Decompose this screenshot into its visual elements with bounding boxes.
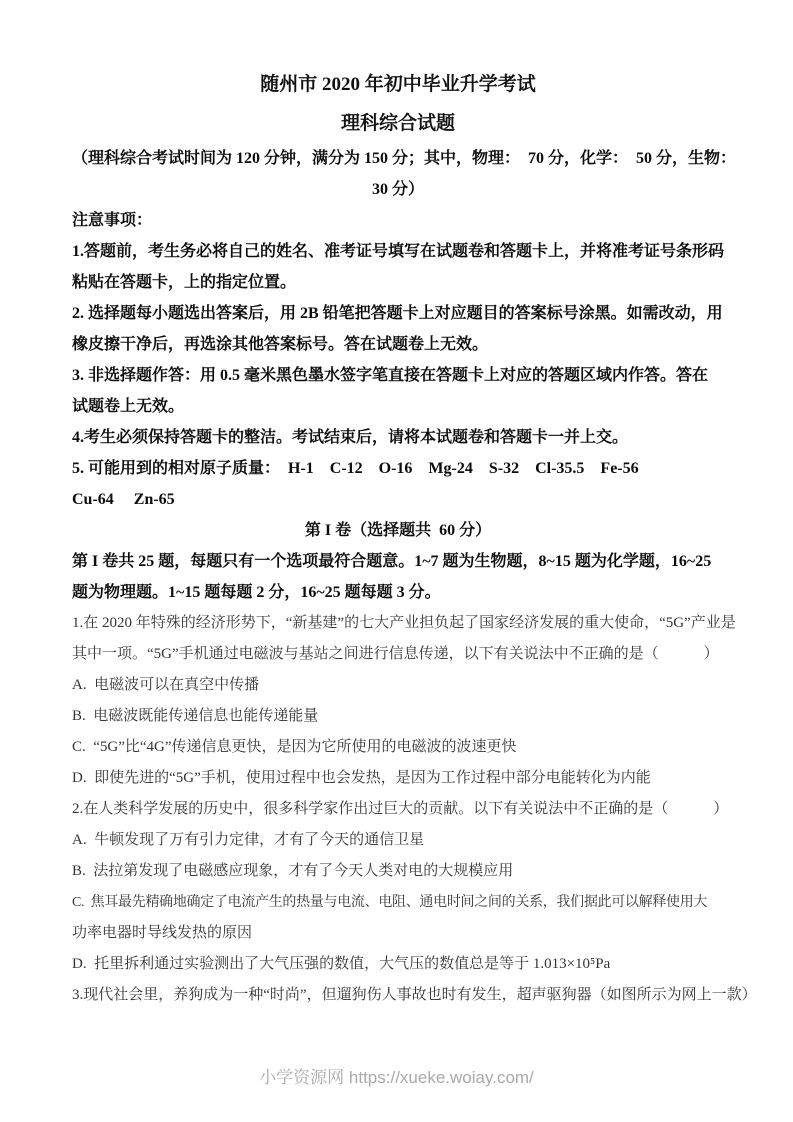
section-1-intro-line-1: 第 I 卷共 25 题，每题只有一个选项最符合题意。1~7 题为生物题，8~15…: [72, 546, 724, 577]
notice-2-line-1: 2. 选择题每小题选出答案后，用 2B 铅笔把答题卡上对应题目的答案标号涂黑。如…: [72, 298, 724, 329]
notice-3-line-2: 试题卷上无效。: [72, 391, 724, 422]
page-subtitle: 理科综合试题: [72, 107, 724, 141]
question-1-line-2: 其中一项。“5G”手机通过电磁波与基站之间进行信息传递，以下有关说法中不正确的是…: [72, 639, 724, 670]
notice-1-line-1: 1.答题前，考生务必将自己的姓名、准考证号填写在试题卷和答题卡上，并将准考证号条…: [72, 236, 724, 267]
notice-heading: 注意事项：: [72, 205, 724, 236]
notice-5-line-1: 5. 可能用到的相对原子质量： H-1 C-12 O-16 Mg-24 S-32…: [72, 453, 724, 484]
question-1-option-b: B. 电磁波既能传递信息也能传递能量: [72, 701, 724, 732]
notice-4-line-1: 4.考生必须保持答题卡的整洁。考试结束后，请将本试题卷和答题卡一并上交。: [72, 422, 724, 453]
page-title: 随州市 2020 年初中毕业升学考试: [72, 68, 724, 102]
exam-info-line-1: （理科综合考试时间为 120 分钟，满分为 150 分；其中，物理： 70 分，…: [72, 143, 724, 174]
notice-5-line-2: Cu-64 Zn-65: [72, 484, 724, 515]
question-2-option-a: A. 牛顿发现了万有引力定律，才有了今天的通信卫星: [72, 825, 724, 856]
question-2-option-b: B. 法拉第发现了电磁感应现象，才有了今天人类对电的大规模应用: [72, 856, 724, 887]
question-1-line-1: 1.在 2020 年特殊的经济形势下，“新基建”的七大产业担负起了国家经济发展的…: [72, 608, 724, 639]
question-3-line-1: 3.现代社会里，养狗成为一种“时尚”，但遛狗伤人事故也时有发生，超声驱狗器（如图…: [72, 980, 724, 1011]
question-2-option-c-line-2: 功率电器时导线发热的原因: [72, 918, 724, 949]
notice-2-line-2: 橡皮擦干净后，再选涂其他答案标号。答在试题卷上无效。: [72, 329, 724, 360]
question-1-option-c: C. “5G”比“4G”传递信息更快，是因为它所使用的电磁波的波速更快: [72, 732, 724, 763]
question-2-option-c-line-1: C. 焦耳最先精确地确定了电流产生的热量与电流、电阻、通电时间之间的关系，我们据…: [72, 887, 724, 918]
section-1-heading: 第 I 卷（选择题共 60 分）: [72, 515, 724, 546]
section-1-intro-line-2: 题为物理题。1~15 题每题 2 分，16~25 题每题 3 分。: [72, 577, 724, 608]
question-2-line-1: 2.在人类科学发展的历史中，很多科学家作出过巨大的贡献。以下有关说法中不正确的是…: [72, 794, 724, 825]
notice-1-line-2: 粘贴在答题卡，上的指定位置。: [72, 267, 724, 298]
page-content: 随州市 2020 年初中毕业升学考试 理科综合试题 （理科综合考试时间为 120…: [72, 0, 724, 1011]
question-2-option-d: D. 托里拆利通过实验测出了大气压强的数值，大气压的数值总是等于 1.013×1…: [72, 949, 724, 980]
question-1-option-a: A. 电磁波可以在真空中传播: [72, 670, 724, 701]
question-1-option-d: D. 即使先进的“5G”手机，使用过程中也会发热，是因为工作过程中部分电能转化为…: [72, 763, 724, 794]
exam-paper-page: 随州市 2020 年初中毕业升学考试 理科综合试题 （理科综合考试时间为 120…: [0, 0, 793, 1122]
notice-3-line-1: 3. 非选择题作答：用 0.5 毫米黑色墨水签字笔直接在答题卡上对应的答题区域内…: [72, 360, 724, 391]
watermark-footer: 小学资源网 https://xueke.woiay.com/: [0, 1062, 793, 1094]
exam-info-line-2: 30 分）: [72, 174, 724, 205]
